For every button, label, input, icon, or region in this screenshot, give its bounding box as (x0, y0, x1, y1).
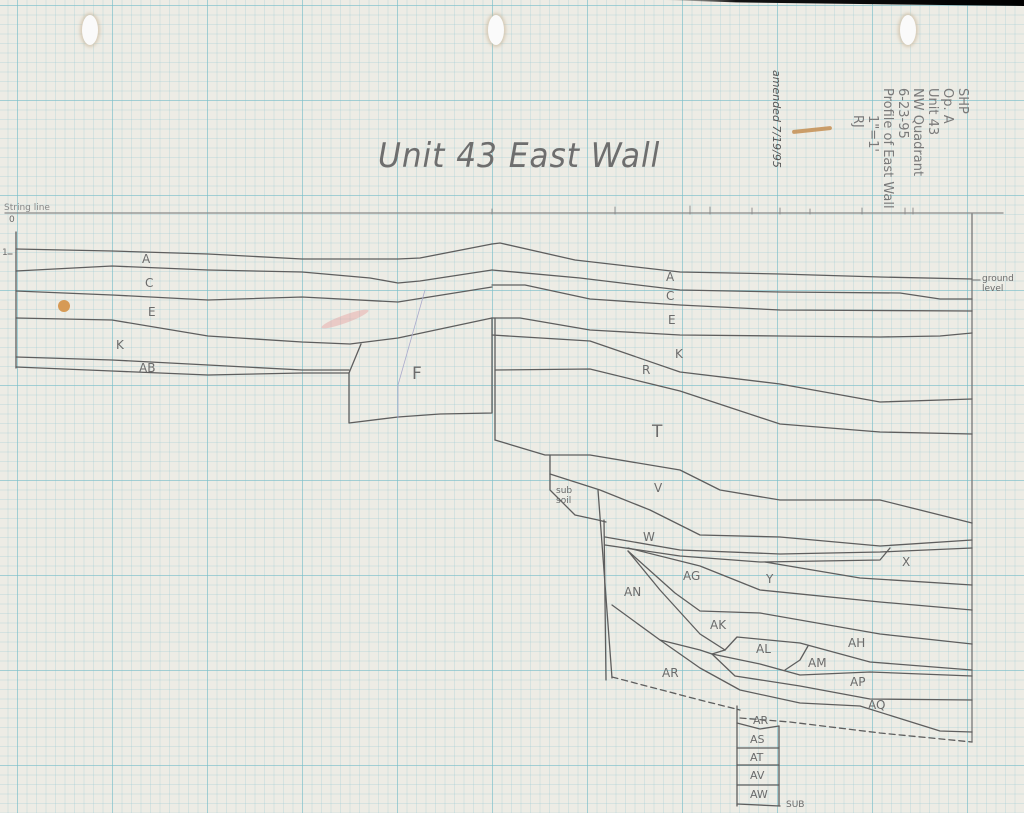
layer-label-W: W (643, 531, 655, 543)
layer-label-X: X (902, 556, 910, 568)
boundary-pit-bottom (612, 677, 740, 710)
metadata-block: SHP Op. A Unit 43 NW Quadrant 6-23-95 Pr… (820, 80, 980, 190)
feature-F-faint-line (398, 290, 425, 418)
meta-date: 6-23-95 (895, 88, 910, 139)
layer-label-A-right: A (666, 271, 674, 283)
layer-label-subsoil: sub soil (556, 486, 578, 506)
meta-quadrant: NW Quadrant (910, 88, 925, 176)
sump-label-AS: AS (750, 734, 765, 745)
boundary-AP-AQ (712, 654, 972, 700)
layer-label-V: V (654, 482, 662, 494)
layer-label-E: E (148, 306, 156, 318)
feature-label-F: F (412, 366, 422, 383)
boundary-AM (785, 646, 808, 670)
boundary-AR-AQ (660, 640, 972, 732)
layer-label-A: A (142, 253, 150, 265)
layer-label-AN: AN (624, 586, 641, 598)
boundary-C-E (16, 287, 492, 302)
layer-label-K: K (116, 339, 124, 351)
meta-unit: Unit 43 (925, 88, 940, 135)
amended-note: amended 7/19/95 (770, 70, 783, 168)
layer-label-AP: AP (850, 676, 865, 688)
layer-label-Y: Y (766, 573, 773, 585)
layer-label-C-right: C (666, 290, 674, 302)
boundary-right-E-K (492, 318, 972, 337)
layer-label-T: T (652, 424, 662, 441)
datum-zero: 0 (9, 216, 15, 225)
ground-level-label: ground level (982, 274, 1022, 294)
depth-mark: 1 (2, 249, 8, 258)
boundary-A-C (16, 266, 492, 283)
layer-label-AL: AL (756, 643, 771, 655)
boundary-right-A-C (492, 270, 972, 299)
layer-label-AM: AM (808, 657, 827, 669)
meta-operation: Op. A (940, 88, 955, 124)
sump-label-AT: AT (750, 752, 763, 763)
sump-bottom-label: SUB (786, 801, 804, 810)
boundary-E-K (16, 318, 492, 344)
layer-label-K-right: K (675, 348, 683, 360)
layer-label-AB: AB (139, 362, 155, 374)
layer-label-AH: AH (848, 637, 865, 649)
sump-label-AW: AW (750, 789, 768, 800)
boundary-AL-AP (712, 654, 972, 676)
meta-description: Profile of East Wall (880, 88, 895, 209)
boundary-right-top (492, 243, 972, 279)
meta-initials: RJ (850, 115, 865, 128)
drawing-title: Unit 43 East Wall (378, 136, 660, 176)
boundary-V-W (550, 474, 972, 546)
sump-line-bottom (737, 804, 780, 806)
meta-site: SHP (955, 88, 970, 114)
boundary-AG-Y (628, 548, 972, 610)
layer-label-AG: AG (683, 570, 700, 582)
boundary-K-AB (16, 357, 349, 370)
layer-label-E-right: E (668, 314, 676, 326)
boundary-T-V (495, 440, 972, 523)
sump-label-AR: AR (753, 715, 768, 726)
sump-label-AV: AV (750, 770, 764, 781)
boundary-top (16, 244, 492, 259)
boundary-AN-AK (628, 551, 725, 650)
meta-scale: 1"=1' (865, 115, 880, 152)
boundary-right-K-R (492, 335, 972, 402)
layer-label-AQ: AQ (868, 699, 885, 711)
layer-label-AK: AK (710, 619, 726, 631)
datum-label: String line (4, 204, 50, 213)
layer-label-AR: AR (662, 667, 679, 679)
boundary-AN-AG (628, 551, 972, 644)
boundary-AB-bottom (16, 367, 349, 375)
layer-label-R: R (642, 364, 650, 376)
layer-label-C: C (145, 277, 153, 289)
boundary-W-AG (605, 537, 972, 554)
boundary-right-C-E (492, 285, 972, 311)
boundary-Y-top (765, 562, 972, 585)
